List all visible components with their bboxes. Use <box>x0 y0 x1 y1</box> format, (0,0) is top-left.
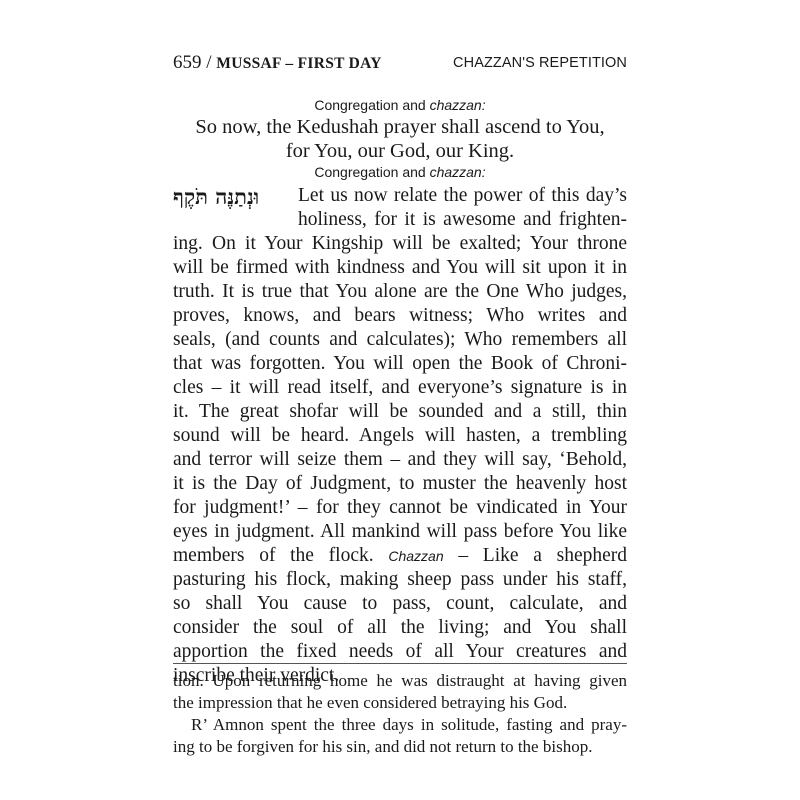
rubric-congregation-chazzan-2: Congregation and chazzan: <box>173 164 627 180</box>
body-line-text: members of the flock. <box>173 545 374 566</box>
chazzan-continuation: – Like a shepherd <box>458 545 627 566</box>
page-number: 659 <box>173 52 202 73</box>
body-line: sound will be heard. Angels will hasten,… <box>173 424 627 448</box>
body-line: Let us now relate the power of this day’… <box>173 184 627 208</box>
footnote-line: R’ Amnon spent the three days in solitud… <box>173 714 627 736</box>
footnote-line: tion. Upon returning home he was distrau… <box>173 670 627 692</box>
section-title: MUSSAF – FIRST DAY <box>216 55 381 72</box>
running-head-left: 659 / MUSSAF – FIRST DAY <box>173 52 382 74</box>
prayer-body: Let us now relate the power of this day’… <box>173 184 627 688</box>
body-line: cles – it will read itself, and everyone… <box>173 376 627 400</box>
rubric-italic: chazzan: <box>430 164 486 180</box>
body-line: eyes in judgment. All mankind will pass … <box>173 520 627 544</box>
body-line: and terror will seize them – and they wi… <box>173 448 627 472</box>
rubric-congregation-chazzan-1: Congregation and chazzan: <box>173 97 627 113</box>
response-line: So now, the Kedushah prayer shall ascend… <box>173 115 627 139</box>
running-head: 659 / MUSSAF – FIRST DAY CHAZZAN'S REPET… <box>173 52 627 76</box>
body-line: ing. On it Your Kingship will be exalted… <box>173 232 627 256</box>
body-line: pasturing his flock, making sheep pass u… <box>173 568 627 592</box>
body-line: for judgment!’ – for they cannot be vind… <box>173 496 627 520</box>
footnote-line: ing to be forgiven for his sin, and did … <box>173 736 627 758</box>
body-line: consider the soul of all the living; and… <box>173 616 627 640</box>
body-line: truth. It is true that You alone are the… <box>173 280 627 304</box>
body-line: apportion the fixed needs of all Your cr… <box>173 640 627 664</box>
congregational-response: So now, the Kedushah prayer shall ascend… <box>173 115 627 163</box>
body-line: it is the Day of Judgment, to muster the… <box>173 472 627 496</box>
rubric-text: Congregation and <box>314 164 429 180</box>
footnote-line: the impression that he even considered b… <box>173 692 627 714</box>
body-line: proves, knows, and bears witness; Who wr… <box>173 304 627 328</box>
footnote: tion. Upon returning home he was distrau… <box>173 670 627 758</box>
running-head-right: CHAZZAN'S REPETITION <box>453 55 627 71</box>
body-line: that was forgotten. You will open the Bo… <box>173 352 627 376</box>
rubric-text: Congregation and <box>314 97 429 113</box>
chazzan-rubric: Chazzan <box>388 548 443 564</box>
body-line: it. The great shofar will be sounded and… <box>173 400 627 424</box>
body-line: so shall You cause to pass, count, calcu… <box>173 592 627 616</box>
body-line: holiness, for it is awesome and frighten… <box>173 208 627 232</box>
response-line: for You, our God, our King. <box>173 139 627 163</box>
body-line: will be firmed with kindness and You wil… <box>173 256 627 280</box>
rubric-italic: chazzan: <box>430 97 486 113</box>
page-separator: / <box>202 52 217 73</box>
body-line-with-chazzan-rubric: members of the flock. Chazzan – Like a s… <box>173 544 627 568</box>
footnote-divider <box>173 663 627 664</box>
body-line: seals, (and counts and calculates); Who … <box>173 328 627 352</box>
